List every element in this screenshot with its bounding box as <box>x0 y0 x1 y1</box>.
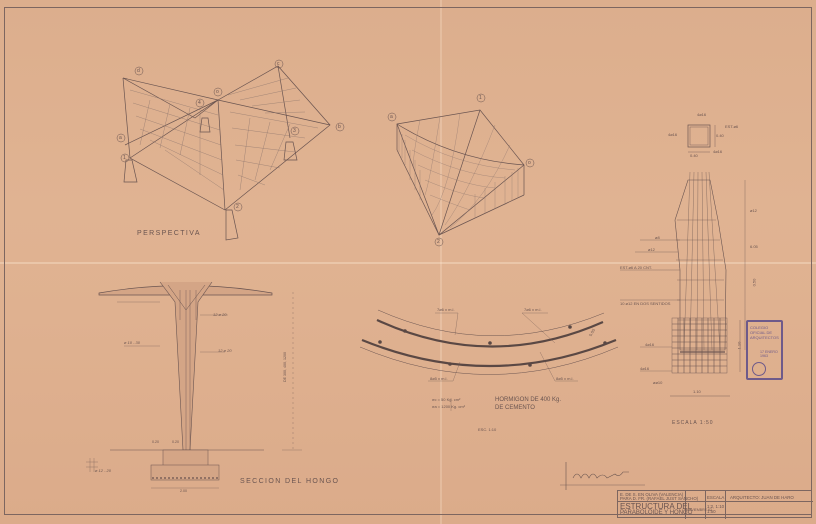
rebar-label: 4ø16 <box>713 149 722 154</box>
stirrup-label: EST.ø6 A 20 CNT. <box>620 265 652 270</box>
point-label: 1 <box>123 155 126 161</box>
point-label: 4 <box>198 100 201 106</box>
official-stamp: COLEGIO OFICIAL DE ARQUITECTOS 17 ENERO … <box>746 320 783 380</box>
rebar-label: 7ø6 x m.l. <box>437 307 455 312</box>
scales-text: 1:2, 1:10 1:50 <box>707 504 724 514</box>
shell-section <box>360 310 618 411</box>
point-label: c <box>277 61 280 67</box>
perspective-title: PERSPECTIVA <box>137 230 201 237</box>
stamp-seal-icon <box>752 362 766 376</box>
point-label: 2 <box>236 204 239 210</box>
client-text: PARA D. FR. (RAFAEL JUST SANCHO) <box>620 496 698 501</box>
title-block: E. DE S. EN OLIVA (VALENCIA) PARA D. FR.… <box>617 490 812 518</box>
scale-label: ESCALA 1:50 <box>672 420 714 426</box>
rebar-label: 8ø5 x m.l. <box>556 376 574 381</box>
point-label: 1 <box>479 95 482 101</box>
dimension-label: DE 300, 400, 1200 <box>283 352 287 382</box>
point-label: b <box>338 124 341 130</box>
dimension-label: 0.40 <box>690 153 698 158</box>
rebar-label: ø 10 - 30 <box>124 340 140 345</box>
technical-drawing <box>0 0 816 524</box>
column-reinforcement <box>620 125 745 396</box>
scale-label: ESC. 1:10 <box>478 427 496 432</box>
rebar-label: 4ø16 <box>668 132 677 137</box>
title-block-divider <box>725 501 813 502</box>
dimension-label: 0.50 <box>751 279 756 287</box>
rebar-label: 4ø16 <box>697 112 706 117</box>
dimension-label: 1.10 <box>736 342 741 350</box>
point-label: a <box>119 135 122 141</box>
rebar-label: 10 ø12 EN DOS SENTIDOS <box>620 301 670 306</box>
stamp-date: 17 ENERO 1963 <box>760 350 781 358</box>
stress-note: σc = 50 Kg. cm² <box>432 397 460 402</box>
point-label: a <box>390 114 393 120</box>
drawing-title-2: PARABOLOIDE Y HONGO <box>620 510 692 516</box>
rebar-label: ø8 <box>655 235 660 240</box>
rebar-label: 12 ø 20 <box>213 312 227 317</box>
rebar-label: 4ø16 <box>645 342 654 347</box>
architect-text: ARQUITECTO: JUAN DE HARO <box>730 495 794 500</box>
concrete-note: HORMIGON DE 400 Kg. <box>495 397 561 403</box>
dimension-label: 0.20 <box>152 440 159 444</box>
mushroom-section-title: SECCION DEL HONGO <box>240 478 339 485</box>
dimension-label: 0.40 <box>716 133 724 138</box>
rebar-label: 12 ø 20 <box>218 348 232 353</box>
blueprint-sheet: PERSPECTIVA d c o 4 3 b a 1 2 a 1 o 2 4ø… <box>0 0 816 524</box>
stress-note: σa = 1200 Kg. cm² <box>432 404 465 409</box>
point-label: d <box>137 68 140 74</box>
point-label: o <box>216 89 219 95</box>
point-label: o <box>528 160 531 166</box>
rebar-label: ø12 <box>648 247 655 252</box>
rebar-label: øø10 <box>653 380 662 385</box>
paraboloid-view <box>388 94 534 246</box>
dimension-label: 1.10 <box>693 389 701 394</box>
dimension-label: 0.20 <box>172 440 179 444</box>
dimension-label: 2.00 <box>180 489 187 493</box>
stamp-text: COLEGIO OFICIAL DE ARQUITECTOS <box>750 325 780 340</box>
rebar-label: 7ø6 x m.l. <box>524 307 542 312</box>
point-label: 2 <box>437 239 440 245</box>
rebar-label: ø12 <box>750 208 757 213</box>
point-label: 3 <box>293 128 296 134</box>
rebar-label: ø 12 - 20 <box>95 468 111 473</box>
escala-header: ESCALA <box>707 495 724 500</box>
perspective-view <box>117 60 344 240</box>
rebar-label: 8ø5 x m.l. <box>430 376 448 381</box>
dimension-label: 6.05 <box>750 244 758 249</box>
mushroom-section <box>86 282 302 488</box>
concrete-note: DE CEMENTO <box>495 405 535 411</box>
rebar-label: 4ø16 <box>640 366 649 371</box>
stirrup-label: EST.ø6 <box>725 124 738 129</box>
